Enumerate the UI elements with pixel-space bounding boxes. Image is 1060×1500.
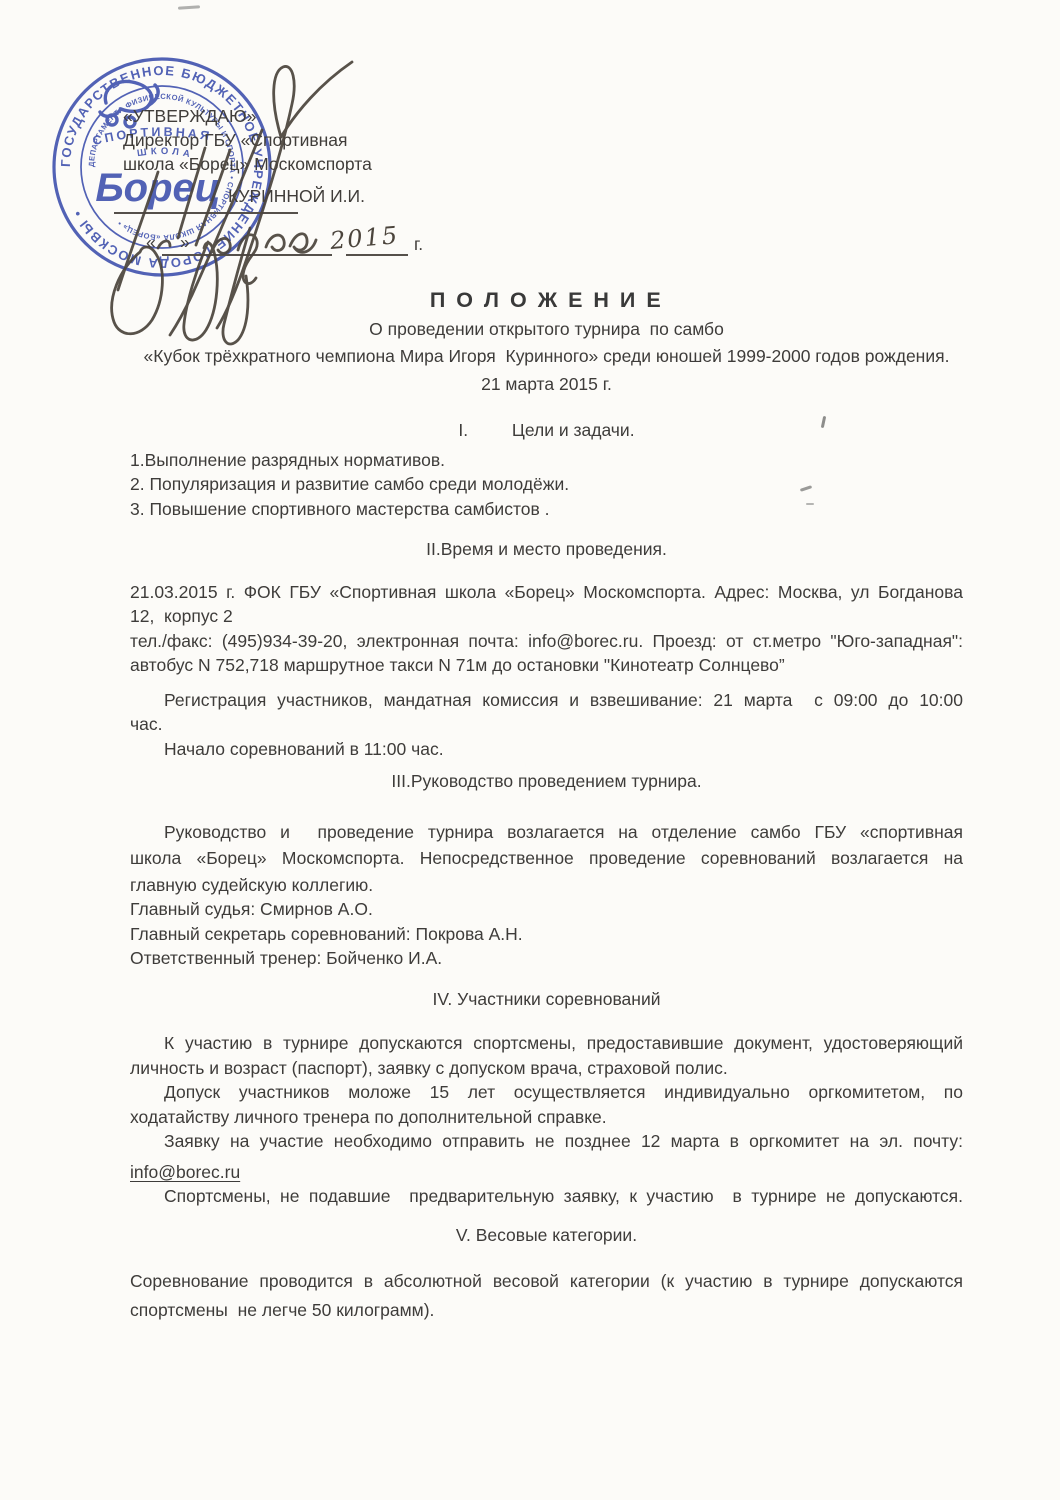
approval-position-line1: Директор ГБУ «Спортивная (123, 130, 348, 151)
date-rule-month (162, 254, 332, 256)
participants-line-4: ходатайству личного тренера по дополните… (130, 1105, 963, 1130)
approval-signer-name: КУРИННОЙ И.И. (228, 186, 365, 207)
start-time-line: Начало соревнований в 11:00 час. (130, 737, 963, 762)
chief-referee-line: Главный судья: Смирнов А.О. (130, 897, 963, 922)
goal-item-1: 1.Выполнение разрядных нормативов. (130, 448, 963, 473)
participants-line-3: Допуск участников моложе 15 лет осуществ… (130, 1080, 963, 1105)
goal-item-3: 3. Повышение спортивного мастерства самб… (130, 497, 963, 522)
section-2-heading: II.Время и место проведения. (130, 537, 963, 562)
date-rule-year (346, 254, 408, 256)
registration-line-2: час. (130, 712, 963, 737)
weight-line-1: Соревнование проводится в абсолютной вес… (130, 1269, 963, 1294)
doc-body: П О Л О Ж Е Н И ЕО проведении открытого … (130, 288, 963, 1322)
participants-line-5: Заявку на участие необходимо отправить н… (130, 1129, 963, 1154)
handwritten-year: 2015 (329, 221, 400, 255)
management-line-2: школа «Борец» Москомспорта. Непосредстве… (130, 846, 963, 871)
venue-line-2: 12, корпус 2 (130, 604, 963, 629)
date-suffix: г. (414, 234, 423, 255)
section-4-heading: IV. Участники соревнований (130, 987, 963, 1012)
venue-line-3: тел./факс: (495)934-39-20, электронная п… (130, 629, 963, 654)
scan-speck (178, 5, 200, 10)
management-line-3: главную судейскую коллегию. (130, 873, 963, 898)
entry-email: info@borec.ru (130, 1160, 963, 1185)
section-5-heading: V. Весовые категории. (130, 1223, 963, 1248)
doc-subtitle-2: «Кубок трёхкратного чемпиона Мира Игоря … (130, 344, 963, 369)
approval-word: «УТВЕРЖДАЮ» (123, 106, 256, 127)
scan-speck (806, 503, 814, 505)
section-3-heading: III.Руководство проведением турнира. (130, 769, 963, 794)
registration-line-1: Регистрация участников, мандатная комисс… (130, 688, 963, 713)
approval-block: «УТВЕРЖДАЮ» Директор ГБУ «Спортивная шко… (118, 98, 458, 278)
participants-line-6: Спортсмены, не подавшие предварительную … (130, 1184, 963, 1209)
venue-line-4: автобус N 752,718 маршрутное такси N 71м… (130, 653, 963, 678)
participants-line-1: К участию в турнире допускаются спортсме… (130, 1031, 963, 1056)
goal-item-2: 2. Популяризация и развитие самбо среди … (130, 472, 963, 497)
signature-rule (114, 212, 298, 214)
date-close-quote: » (180, 232, 190, 253)
doc-subtitle-1: О проведении открытого турнира по самбо (130, 317, 963, 342)
date-open-quote: « (146, 232, 156, 253)
approval-position-line2: школа «Борец» Москомспорта (123, 154, 372, 175)
scanned-document-page: ГОСУДАРСТВЕННОЕ БЮДЖЕТНОЕ УЧРЕЖДЕНИЕ ГОР… (0, 0, 1060, 1500)
doc-title: П О Л О Ж Е Н И Е (130, 288, 963, 313)
management-line-1: Руководство и проведение турнира возлага… (130, 820, 963, 845)
chief-secretary-line: Главный секретарь соревнований: Покрова … (130, 922, 963, 947)
responsible-coach-line: Ответственный тренер: Бойченко И.А. (130, 946, 963, 971)
venue-line-1: 21.03.2015 г. ФОК ГБУ «Спортивная школа … (130, 580, 963, 605)
doc-subtitle-3: 21 марта 2015 г. (130, 372, 963, 397)
section-1-heading: I. Цели и задачи. (130, 418, 963, 443)
weight-line-2: спортсмены не легче 50 килограмм). (130, 1298, 963, 1323)
participants-line-2: личность и возраст (паспорт), заявку с д… (130, 1056, 963, 1081)
